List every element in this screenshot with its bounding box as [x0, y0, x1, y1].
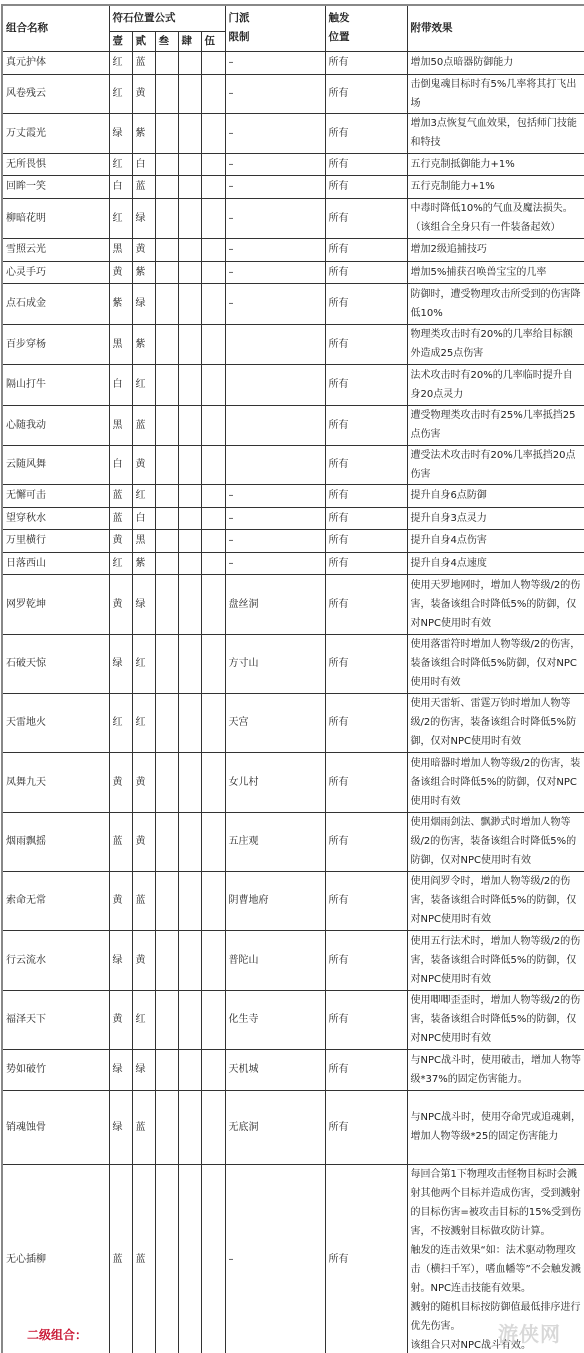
rune-position-5: [201, 871, 225, 930]
rune-position-1: 白: [109, 445, 132, 484]
rune-position-5: [201, 1090, 225, 1164]
rune-position-1: 绿: [109, 1049, 132, 1090]
effect: 使用天雷斩、雷霆万钧时增加人物等级/2的伤害，装备该组合时降低5%防御，仅对NP…: [407, 693, 584, 752]
rune-position-3: [155, 574, 178, 634]
effect: 使用五行法术时，增加人物等级/2的伤害，装备该组合时降低5%的防御，仅对NPC使…: [407, 930, 584, 990]
combination-name: 索命无常: [2, 871, 109, 930]
rune-position-2: 紫: [132, 324, 155, 364]
rune-position-5: [201, 51, 225, 74]
rune-position-4: [178, 871, 201, 930]
school-limit: –: [225, 552, 325, 574]
table-row: 石破天惊绿红方寸山所有使用落雷符时增加人物等级/2的伤害，装备该组合时降低5%防…: [2, 634, 584, 693]
rune-position-1: 绿: [109, 1090, 132, 1164]
effect: 使用阎罗令时，增加人物等级/2的伤害，装备该组合时降低5%的防御，仅对NPC使用…: [407, 871, 584, 930]
effect-paragraph: 触发的连击效果“如：法术驱动物理攻击（横扫千军），嗜血幡等”不会触发溅射。NPC…: [411, 1241, 582, 1298]
rune-position-1: 黄: [109, 529, 132, 552]
table-row: 网罗乾坤黄绿盘丝洞所有使用天罗地网时，增加人物等级/2的伤害，装备该组合时降低5…: [2, 574, 584, 634]
rune-position-5: [201, 1049, 225, 1090]
rune-position-2: 红: [132, 990, 155, 1049]
rune-position-5: [201, 752, 225, 812]
combination-name: 福泽天下: [2, 990, 109, 1049]
rune-position-2: 蓝: [132, 1164, 155, 1353]
rune-position-2: 红: [132, 484, 155, 507]
school-limit: –: [225, 198, 325, 238]
school-limit: –: [225, 175, 325, 198]
table-row: 凤舞九天黄黄女儿村所有使用暗器时增加人物等级/2的伤害，装备该组合时降低5%的防…: [2, 752, 584, 812]
effect: 使用天罗地网时，增加人物等级/2的伤害，装备该组合时降低5%的防御，仅对NPC使…: [407, 574, 584, 634]
effect: 增加2级追捕技巧: [407, 238, 584, 261]
rune-position-3: [155, 364, 178, 405]
rune-position-2: 红: [132, 693, 155, 752]
combination-name: 望穿秋水: [2, 507, 109, 529]
rune-position-4: [178, 175, 201, 198]
effect: 击倒鬼魂目标时有5%几率将其打飞出场: [407, 74, 584, 113]
effect: 增加50点暗器防御能力: [407, 51, 584, 74]
rune-position-2: 黑: [132, 529, 155, 552]
school-limit: [225, 324, 325, 364]
school-limit: 天宫: [225, 693, 325, 752]
trigger-position: 所有: [325, 261, 407, 283]
combination-name: 销魂蚀骨: [2, 1090, 109, 1164]
rune-position-2: 黄: [132, 752, 155, 812]
effect: 使用暗器时增加人物等级/2的伤害，装备该组合时降低5%的防御，仅对NPC使用时有…: [407, 752, 584, 812]
school-limit: –: [225, 529, 325, 552]
trigger-position: 所有: [325, 153, 407, 175]
trigger-position: 所有: [325, 634, 407, 693]
trigger-position: 所有: [325, 871, 407, 930]
rune-position-2: 紫: [132, 552, 155, 574]
school-limit: –: [225, 238, 325, 261]
table-row: 无懈可击蓝红–所有提升自身6点防御: [2, 484, 584, 507]
rune-position-5: [201, 445, 225, 484]
trigger-position: 所有: [325, 552, 407, 574]
rune-position-4: [178, 364, 201, 405]
rune-position-2: 蓝: [132, 871, 155, 930]
rune-position-1: 白: [109, 364, 132, 405]
rune-position-1: 黄: [109, 871, 132, 930]
table-row: 万丈霞光绿紫–所有增加3点恢复气血效果，包括师门技能和特技: [2, 113, 584, 153]
trigger-position: 所有: [325, 1164, 407, 1353]
combination-name: 网罗乾坤: [2, 574, 109, 634]
rune-position-3: [155, 529, 178, 552]
effect: 物理类攻击时有20%的几率给目标额外造成25点伤害: [407, 324, 584, 364]
rune-position-5: [201, 634, 225, 693]
combination-name: 万丈霞光: [2, 113, 109, 153]
rune-position-3: [155, 1049, 178, 1090]
combination-name: 日落西山: [2, 552, 109, 574]
combination-name: 凤舞九天: [2, 752, 109, 812]
header-position-3: 叁: [155, 31, 178, 51]
section-label-level-2: 二级组合：: [27, 1326, 87, 1343]
combination-name: 石破天惊: [2, 634, 109, 693]
school-limit: 方寸山: [225, 634, 325, 693]
header-position-2: 贰: [132, 31, 155, 51]
rune-position-4: [178, 634, 201, 693]
rune-position-2: 绿: [132, 283, 155, 324]
effect: 增加5%捕获召唤兽宝宝的几率: [407, 261, 584, 283]
effect: 增加3点恢复气血效果，包括师门技能和特技: [407, 113, 584, 153]
rune-position-4: [178, 990, 201, 1049]
combination-name: 柳暗花明: [2, 198, 109, 238]
school-limit: –: [225, 153, 325, 175]
effect: 使用唧唧歪歪时，增加人物等级/2的伤害，装备该组合时降低5%的防御，仅对NPC使…: [407, 990, 584, 1049]
rune-position-5: [201, 693, 225, 752]
rune-position-1: 蓝: [109, 484, 132, 507]
rune-position-1: 绿: [109, 930, 132, 990]
rune-position-3: [155, 634, 178, 693]
rune-position-5: [201, 990, 225, 1049]
rune-position-2: 红: [132, 364, 155, 405]
table-row: 风卷残云红黄–所有击倒鬼魂目标时有5%几率将其打飞出场: [2, 74, 584, 113]
rune-position-1: 蓝: [109, 507, 132, 529]
effect: 中毒时降低10%的气血及魔法损失。（该组合全身只有一件装备起效）: [407, 198, 584, 238]
rune-position-1: 黄: [109, 990, 132, 1049]
header-position-4: 肆: [178, 31, 201, 51]
trigger-position: 所有: [325, 198, 407, 238]
effect: 使用落雷符时增加人物等级/2的伤害，装备该组合时降低5%防御，仅对NPC使用时有…: [407, 634, 584, 693]
rune-position-3: [155, 198, 178, 238]
school-limit: –: [225, 113, 325, 153]
rune-position-2: 黄: [132, 238, 155, 261]
rune-position-3: [155, 930, 178, 990]
effect: 提升自身6点防御: [407, 484, 584, 507]
trigger-position: 所有: [325, 51, 407, 74]
rune-position-3: [155, 752, 178, 812]
school-limit: [225, 364, 325, 405]
table-row: 云随风舞白黄所有遭受法术攻击时有20%几率抵挡20点伤害: [2, 445, 584, 484]
combination-name: 行云流水: [2, 930, 109, 990]
table-row: 点石成金紫绿–所有防御时，遭受物理攻击所受到的伤害降低10%: [2, 283, 584, 324]
rune-position-3: [155, 507, 178, 529]
rune-position-4: [178, 153, 201, 175]
rune-position-5: [201, 364, 225, 405]
rune-position-1: 黑: [109, 324, 132, 364]
trigger-position: 所有: [325, 484, 407, 507]
rune-position-3: [155, 175, 178, 198]
effect: 五行克制能力+1%: [407, 175, 584, 198]
rune-position-1: 绿: [109, 113, 132, 153]
combination-name: 无心插柳: [2, 1164, 109, 1353]
rune-position-4: [178, 113, 201, 153]
school-limit: 女儿村: [225, 752, 325, 812]
combination-name: 势如破竹: [2, 1049, 109, 1090]
combination-name: 心灵手巧: [2, 261, 109, 283]
rune-position-2: 绿: [132, 198, 155, 238]
rune-position-4: [178, 198, 201, 238]
table-row: 势如破竹绿绿天机城所有与NPC战斗时，使用破击，增加人物等级*37%的固定伤害能…: [2, 1049, 584, 1090]
rune-position-4: [178, 1090, 201, 1164]
table-row: 回眸一笑白蓝–所有五行克制能力+1%: [2, 175, 584, 198]
combination-name: 风卷残云: [2, 74, 109, 113]
effect: 提升自身4点速度: [407, 552, 584, 574]
rune-position-3: [155, 1090, 178, 1164]
rune-position-3: [155, 51, 178, 74]
school-limit: 盘丝洞: [225, 574, 325, 634]
trigger-position: 所有: [325, 324, 407, 364]
rune-position-4: [178, 74, 201, 113]
rune-position-2: 黄: [132, 812, 155, 871]
rune-combination-table: 组合名称 符石位置公式 门派限制 触发位置 附带效果 壹 贰 叁 肆 伍 真元护…: [1, 4, 584, 1353]
trigger-position: 所有: [325, 693, 407, 752]
rune-position-1: 黄: [109, 752, 132, 812]
school-limit: 无底洞: [225, 1090, 325, 1164]
rune-position-3: [155, 113, 178, 153]
rune-position-4: [178, 552, 201, 574]
rune-position-3: [155, 871, 178, 930]
table-row: 雪照云光黑黄–所有增加2级追捕技巧: [2, 238, 584, 261]
rune-position-5: [201, 574, 225, 634]
rune-position-4: [178, 812, 201, 871]
combination-name: 点石成金: [2, 283, 109, 324]
rune-position-3: [155, 238, 178, 261]
rune-position-3: [155, 405, 178, 445]
combination-name: 无所畏惧: [2, 153, 109, 175]
combination-name: 真元护体: [2, 51, 109, 74]
combination-name: 回眸一笑: [2, 175, 109, 198]
school-limit: –: [225, 484, 325, 507]
trigger-position: 所有: [325, 930, 407, 990]
effect: 提升自身3点灵力: [407, 507, 584, 529]
rune-position-4: [178, 693, 201, 752]
rune-position-3: [155, 552, 178, 574]
trigger-position: 所有: [325, 364, 407, 405]
rune-position-1: 红: [109, 153, 132, 175]
rune-position-5: [201, 529, 225, 552]
rune-position-5: [201, 1164, 225, 1353]
rune-position-1: 红: [109, 552, 132, 574]
table-row: 隔山打牛白红所有法术攻击时有20%的几率临时提升自身20点灵力: [2, 364, 584, 405]
trigger-position: 所有: [325, 445, 407, 484]
table-row: 无心插柳蓝蓝–所有每回合第1下物理攻击怪物目标时会溅射其他两个目标并造成伤害，受…: [2, 1164, 584, 1353]
effect-paragraph: 每回合第1下物理攻击怪物目标时会溅射其他两个目标并造成伤害，受到溅射的目标伤害=…: [411, 1165, 582, 1241]
effect: 法术攻击时有20%的几率临时提升自身20点灵力: [407, 364, 584, 405]
trigger-position: 所有: [325, 574, 407, 634]
header-effect: 附带效果: [407, 5, 584, 51]
trigger-position: 所有: [325, 238, 407, 261]
table-row: 烟雨飘摇蓝黄五庄观所有使用烟雨剑法、飘渺式时增加人物等级/2的伤害，装备该组合时…: [2, 812, 584, 871]
rune-position-2: 紫: [132, 113, 155, 153]
rune-position-1: 红: [109, 198, 132, 238]
trigger-position: 所有: [325, 283, 407, 324]
school-limit: 普陀山: [225, 930, 325, 990]
trigger-position: 所有: [325, 74, 407, 113]
trigger-position: 所有: [325, 175, 407, 198]
rune-position-4: [178, 283, 201, 324]
rune-position-1: 蓝: [109, 1164, 132, 1353]
rune-position-5: [201, 484, 225, 507]
table-row: 心灵手巧黄紫–所有增加5%捕获召唤兽宝宝的几率: [2, 261, 584, 283]
rune-position-4: [178, 484, 201, 507]
rune-position-3: [155, 261, 178, 283]
rune-position-1: 白: [109, 175, 132, 198]
effect: 与NPC战斗时，使用破击，增加人物等级*37%的固定伤害能力。: [407, 1049, 584, 1090]
rune-position-2: 黄: [132, 930, 155, 990]
header-combination-name: 组合名称: [2, 5, 109, 51]
rune-position-2: 绿: [132, 574, 155, 634]
rune-position-5: [201, 812, 225, 871]
school-limit: [225, 445, 325, 484]
rune-position-5: [201, 507, 225, 529]
rune-position-1: 蓝: [109, 812, 132, 871]
trigger-position: 所有: [325, 990, 407, 1049]
rune-position-2: 蓝: [132, 51, 155, 74]
school-limit: –: [225, 1164, 325, 1353]
table-row: 无所畏惧红白–所有五行克制抵御能力+1%: [2, 153, 584, 175]
effect: 提升自身4点伤害: [407, 529, 584, 552]
rune-position-4: [178, 1049, 201, 1090]
rune-position-4: [178, 930, 201, 990]
header-position-5: 伍: [201, 31, 225, 51]
rune-position-2: 黄: [132, 445, 155, 484]
rune-position-3: [155, 990, 178, 1049]
rune-position-1: 绿: [109, 634, 132, 693]
effect: 使用烟雨剑法、飘渺式时增加人物等级/2的伤害，装备该组合时降低5%的防御，仅对N…: [407, 812, 584, 871]
header-school-limit: 门派限制: [225, 5, 325, 51]
rune-position-5: [201, 175, 225, 198]
school-limit: –: [225, 51, 325, 74]
table-row: 索命无常黄蓝阴曹地府所有使用阎罗令时，增加人物等级/2的伤害，装备该组合时降低5…: [2, 871, 584, 930]
effect: 遭受法术攻击时有20%几率抵挡20点伤害: [407, 445, 584, 484]
rune-position-5: [201, 261, 225, 283]
rune-position-1: 红: [109, 693, 132, 752]
rune-position-4: [178, 507, 201, 529]
rune-position-5: [201, 74, 225, 113]
effect: 防御时，遭受物理攻击所受到的伤害降低10%: [407, 283, 584, 324]
school-limit: 化生寺: [225, 990, 325, 1049]
school-limit: [225, 405, 325, 445]
rune-position-5: [201, 552, 225, 574]
header-position-1: 壹: [109, 31, 132, 51]
rune-position-1: 黄: [109, 261, 132, 283]
rune-position-5: [201, 238, 225, 261]
rune-position-4: [178, 405, 201, 445]
rune-position-4: [178, 574, 201, 634]
rune-position-3: [155, 812, 178, 871]
effect: 与NPC战斗时，使用夺命咒或追魂刺，增加人物等级*25的固定伤害能力: [407, 1090, 584, 1164]
trigger-position: 所有: [325, 529, 407, 552]
rune-position-5: [201, 198, 225, 238]
rune-position-3: [155, 693, 178, 752]
table-row: 天雷地火红红天宫所有使用天雷斩、雷霆万钧时增加人物等级/2的伤害，装备该组合时降…: [2, 693, 584, 752]
rune-position-2: 蓝: [132, 405, 155, 445]
trigger-position: 所有: [325, 113, 407, 153]
combination-name: 心随我动: [2, 405, 109, 445]
rune-position-1: 黑: [109, 238, 132, 261]
rune-position-4: [178, 324, 201, 364]
school-limit: 阴曹地府: [225, 871, 325, 930]
table-row: 真元护体红蓝–所有增加50点暗器防御能力: [2, 51, 584, 74]
table-row: 百步穿杨黑紫所有物理类攻击时有20%的几率给目标额外造成25点伤害: [2, 324, 584, 364]
trigger-position: 所有: [325, 1090, 407, 1164]
effect: 五行克制抵御能力+1%: [407, 153, 584, 175]
rune-position-3: [155, 74, 178, 113]
rune-position-2: 绿: [132, 1049, 155, 1090]
header-trigger-position: 触发位置: [325, 5, 407, 51]
table-row: 心随我动黑蓝所有遭受物理类攻击时有25%几率抵挡25点伤害: [2, 405, 584, 445]
rune-position-3: [155, 445, 178, 484]
table-row: 柳暗花明红绿–所有中毒时降低10%的气血及魔法损失。（该组合全身只有一件装备起效…: [2, 198, 584, 238]
rune-position-4: [178, 238, 201, 261]
watermark: 游侠网: [498, 1318, 561, 1347]
trigger-position: 所有: [325, 812, 407, 871]
combination-name: 烟雨飘摇: [2, 812, 109, 871]
rune-position-2: 红: [132, 634, 155, 693]
school-limit: –: [225, 283, 325, 324]
rune-position-5: [201, 324, 225, 364]
school-limit: 天机城: [225, 1049, 325, 1090]
rune-position-3: [155, 1164, 178, 1353]
combination-name: 雪照云光: [2, 238, 109, 261]
rune-position-5: [201, 113, 225, 153]
rune-position-2: 白: [132, 153, 155, 175]
rune-position-3: [155, 283, 178, 324]
rune-position-5: [201, 283, 225, 324]
table-row: 福泽天下黄红化生寺所有使用唧唧歪歪时，增加人物等级/2的伤害，装备该组合时降低5…: [2, 990, 584, 1049]
school-limit: –: [225, 507, 325, 529]
rune-position-2: 黄: [132, 74, 155, 113]
rune-position-1: 黑: [109, 405, 132, 445]
trigger-position: 所有: [325, 1049, 407, 1090]
school-limit: 五庄观: [225, 812, 325, 871]
rune-position-3: [155, 153, 178, 175]
table-row: 望穿秋水蓝白–所有提升自身3点灵力: [2, 507, 584, 529]
combination-name: 无懈可击: [2, 484, 109, 507]
rune-position-3: [155, 324, 178, 364]
rune-position-5: [201, 153, 225, 175]
effect: 遭受物理类攻击时有25%几率抵挡25点伤害: [407, 405, 584, 445]
combination-name: 万里横行: [2, 529, 109, 552]
combination-name: 云随风舞: [2, 445, 109, 484]
rune-position-3: [155, 484, 178, 507]
trigger-position: 所有: [325, 507, 407, 529]
rune-position-4: [178, 529, 201, 552]
rune-position-2: 蓝: [132, 1090, 155, 1164]
table-row: 行云流水绿黄普陀山所有使用五行法术时，增加人物等级/2的伤害，装备该组合时降低5…: [2, 930, 584, 990]
rune-position-1: 黄: [109, 574, 132, 634]
rune-position-4: [178, 1164, 201, 1353]
rune-position-4: [178, 51, 201, 74]
rune-position-2: 白: [132, 507, 155, 529]
rune-position-4: [178, 445, 201, 484]
rune-position-2: 紫: [132, 261, 155, 283]
rune-position-4: [178, 752, 201, 812]
rune-position-2: 蓝: [132, 175, 155, 198]
combination-name: 隔山打牛: [2, 364, 109, 405]
rune-position-5: [201, 930, 225, 990]
table-row: 日落西山红紫–所有提升自身4点速度: [2, 552, 584, 574]
rune-position-4: [178, 261, 201, 283]
school-limit: –: [225, 261, 325, 283]
table-row: 万里横行黄黑–所有提升自身4点伤害: [2, 529, 584, 552]
rune-position-1: 红: [109, 51, 132, 74]
rune-position-1: 红: [109, 74, 132, 113]
trigger-position: 所有: [325, 405, 407, 445]
school-limit: –: [225, 74, 325, 113]
trigger-position: 所有: [325, 752, 407, 812]
rune-position-5: [201, 405, 225, 445]
rune-position-1: 紫: [109, 283, 132, 324]
header-rune-formula: 符石位置公式: [109, 5, 225, 31]
combination-name: 天雷地火: [2, 693, 109, 752]
table-row: 销魂蚀骨绿蓝无底洞所有与NPC战斗时，使用夺命咒或追魂刺，增加人物等级*25的固…: [2, 1090, 584, 1164]
combination-name: 百步穿杨: [2, 324, 109, 364]
